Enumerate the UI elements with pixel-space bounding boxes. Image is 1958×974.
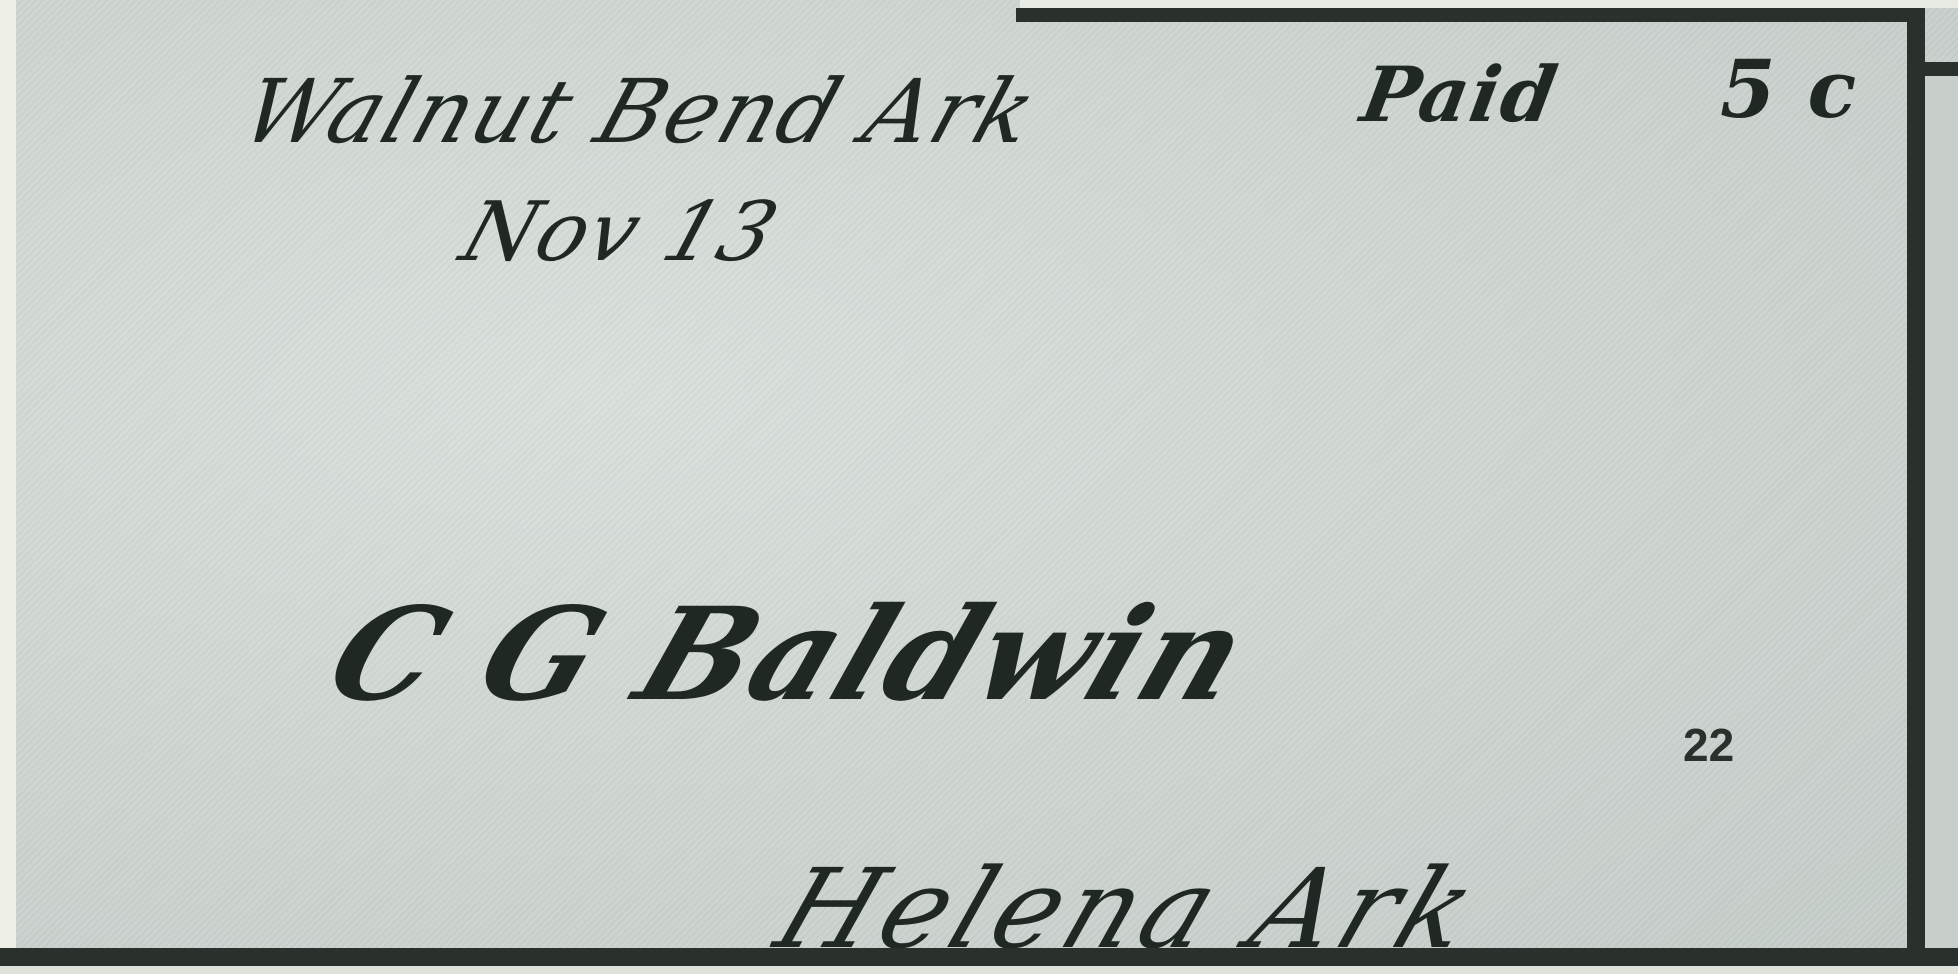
scan-bottom-margin — [0, 966, 1958, 974]
envelope-scan: Walnut Bend Ark Nov 13 Paid 5 c C G Bald… — [0, 0, 1958, 974]
destination-clip: Helena Ark — [0, 0, 1958, 948]
lot-number-label: 22 — [1683, 718, 1734, 772]
frame-border-bottom — [0, 948, 1958, 966]
destination-town: Helena Ark — [760, 845, 1498, 948]
